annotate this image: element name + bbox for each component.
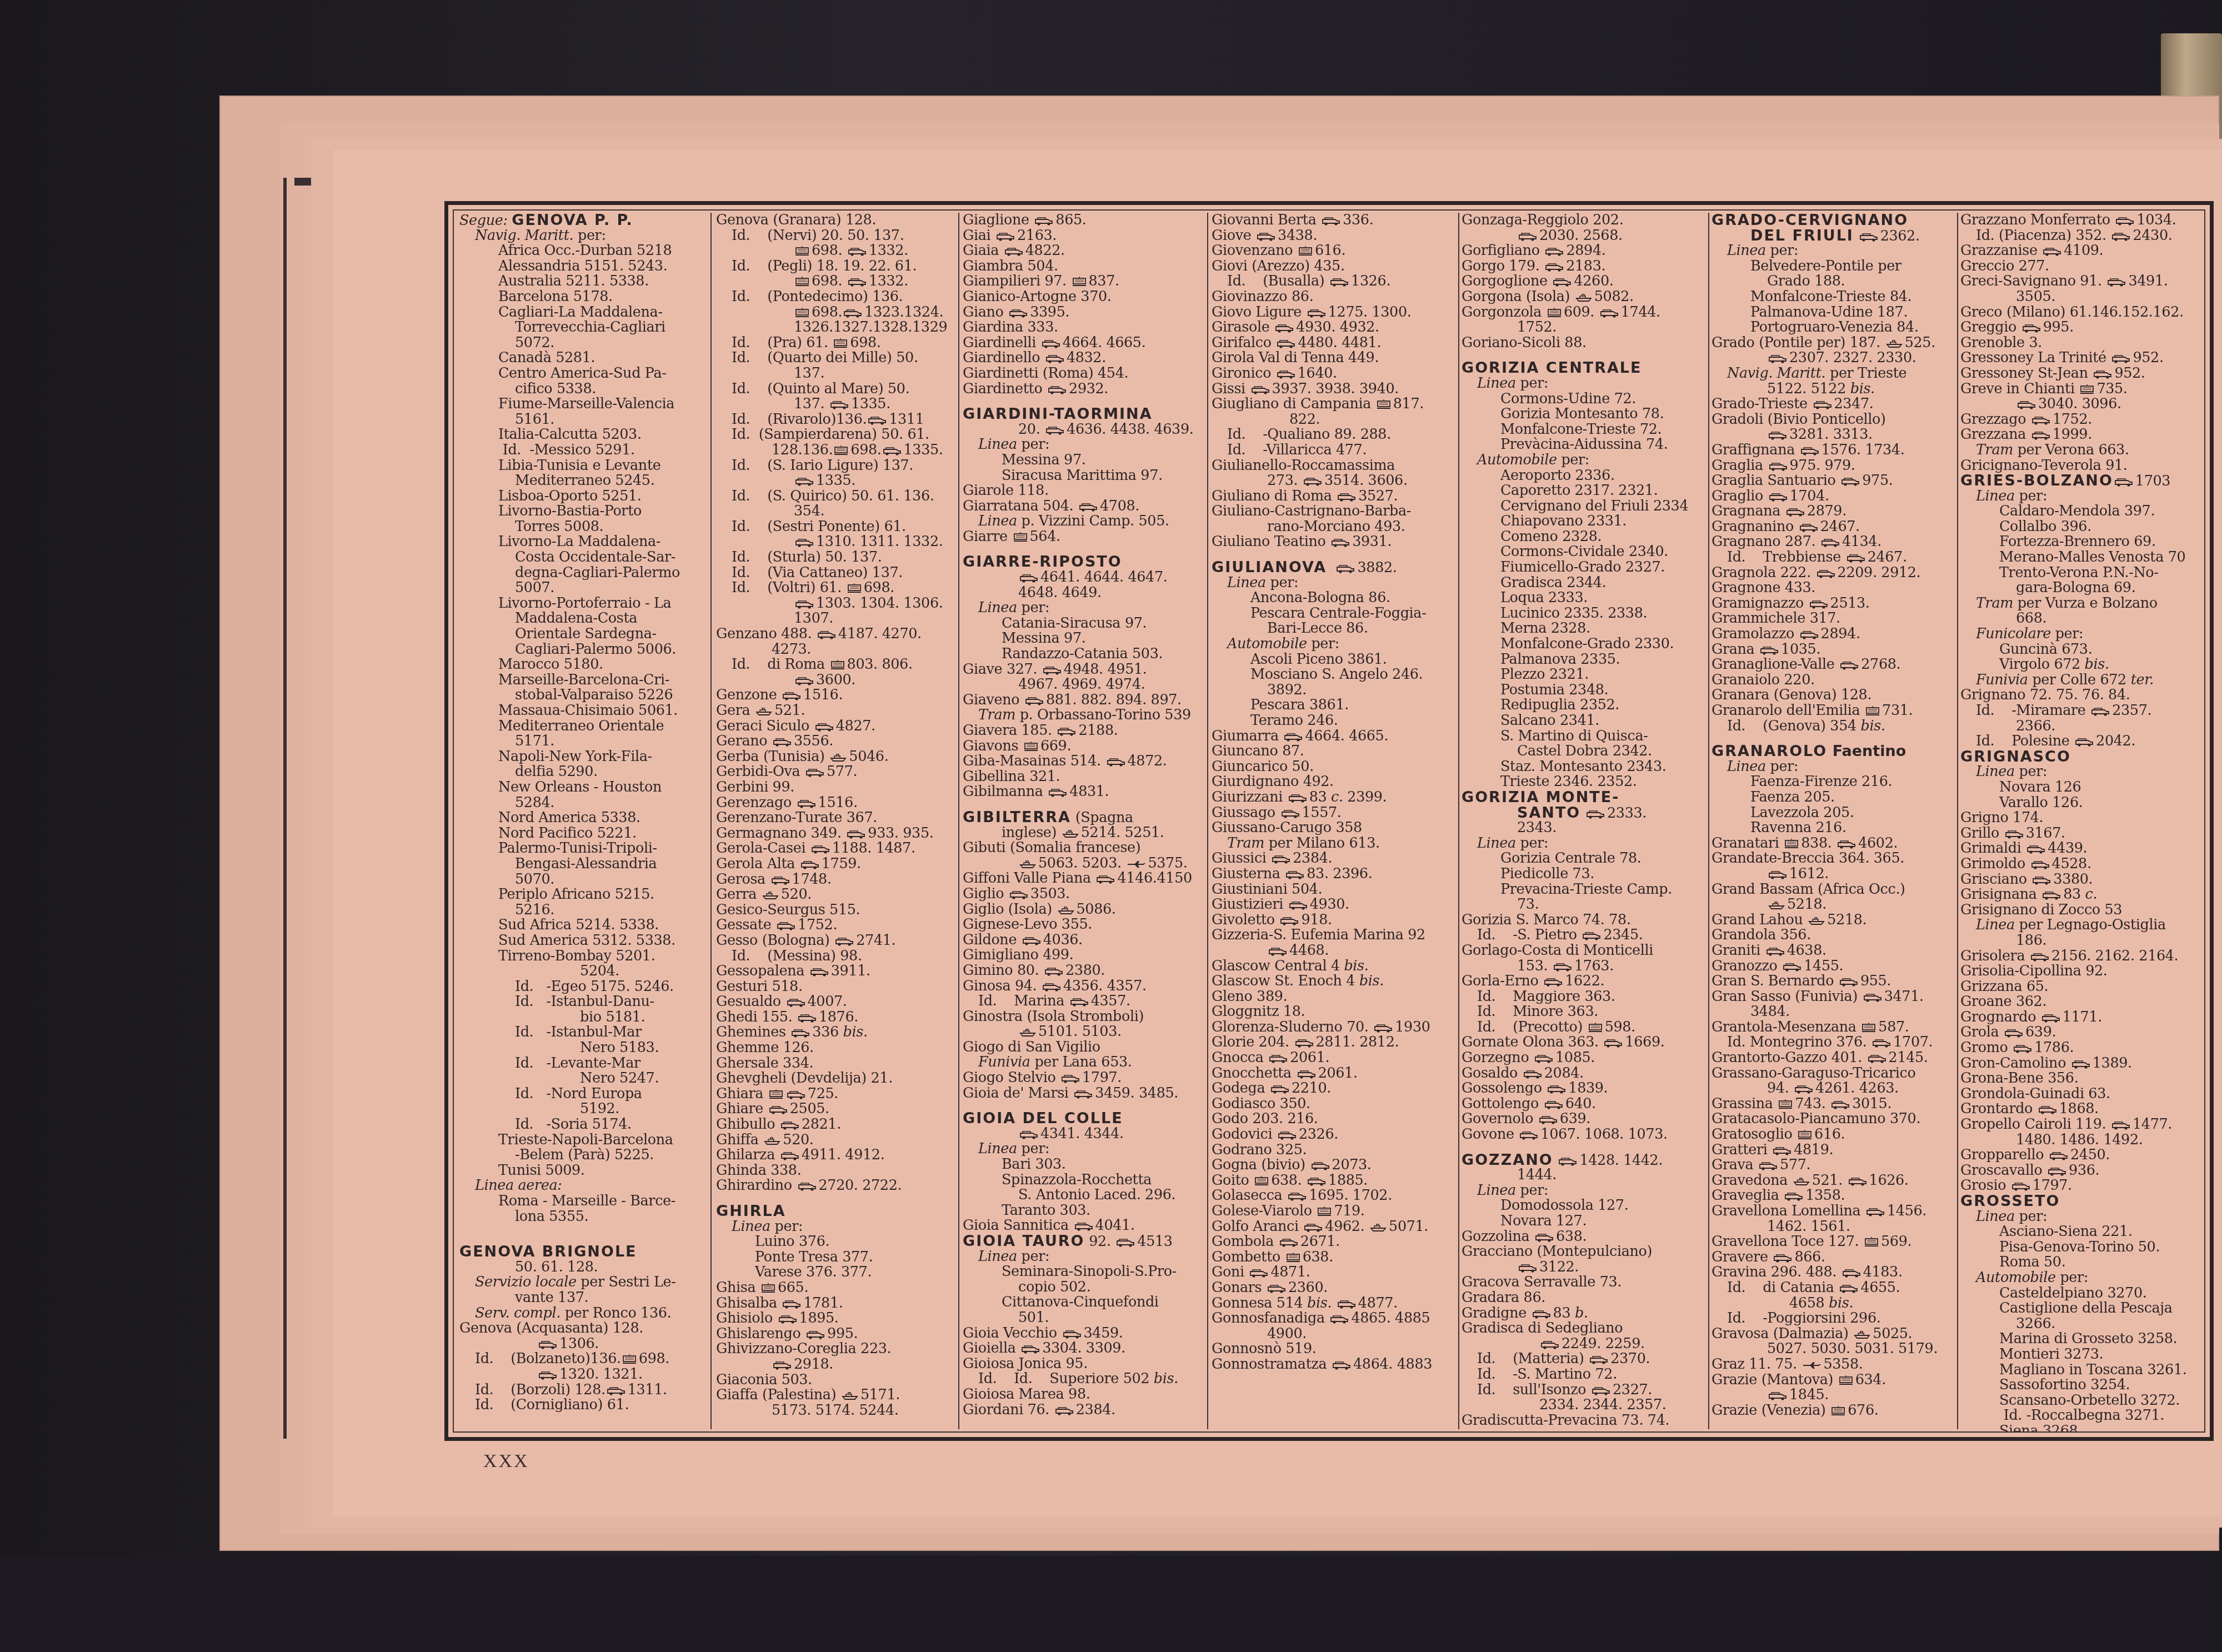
index-entry: 94. 4261. 4263.: [1711, 1081, 1954, 1097]
index-entry: Granatari 838. 4602.: [1711, 836, 1954, 852]
entry-text: 1895.: [799, 1310, 839, 1326]
bus-icon: [2111, 354, 2130, 363]
entry-text: 1930: [1395, 1019, 1430, 1035]
entry-text: 4480. 4481.: [1298, 334, 1381, 351]
entry-text: Luino 376.: [755, 1233, 829, 1250]
entry-text: Monfalcone-Grado 2330.: [1500, 635, 1674, 652]
entry-text: Ravenna 216.: [1750, 819, 1846, 836]
index-entry: Genzano 488. 4187. 4270.: [716, 627, 954, 642]
index-entry: Faenza-Firenze 216.: [1711, 774, 1954, 790]
bus-icon: [2107, 278, 2126, 287]
index-entry: Id. -S. Pietro 2345.: [1462, 928, 1704, 943]
entry-text: Ghisiolo: [716, 1310, 777, 1326]
bus-icon: [1009, 890, 1028, 899]
index-entry: Golfo Aranci 4962. 5071.: [1212, 1219, 1454, 1235]
entry-text: Gioiella: [963, 1340, 1020, 1356]
index-entry: Giumarra 4664. 4665.: [1212, 729, 1454, 744]
entry-text: 2384.: [1076, 1401, 1115, 1418]
index-entry: GIOIA TAURO 92. 4513: [963, 1234, 1202, 1249]
index-entry: Gorzegno 1085.: [1462, 1050, 1704, 1066]
entry-text: Grezzana: [1960, 426, 2030, 443]
bus-icon: [771, 876, 790, 885]
index-entry: Novara 126: [1960, 780, 2205, 795]
tram-icon: [847, 583, 862, 593]
entry-text: Maddalena-Costa: [515, 610, 637, 627]
ship-icon: [1058, 906, 1074, 915]
entry-text: 2030. 2568.: [1539, 227, 1623, 244]
entry-text: Alessandria 5151. 5243.: [498, 258, 667, 274]
entry-text: 525.: [1905, 334, 1935, 351]
index-entry: Ghiare 2505.: [716, 1102, 954, 1117]
index-entry: Castel Dobra 2342.: [1462, 744, 1704, 759]
index-entry: Maddalena-Costa: [459, 611, 704, 627]
index-entry: Grizzana 65.: [1960, 979, 2205, 995]
entry-text: per Colle 672: [2028, 672, 2131, 688]
entry-text: Graveglia: [1711, 1187, 1783, 1204]
index-entry: GIARDINI-TAORMINA: [963, 407, 1202, 422]
index-entry: Bengasi-Alessandria: [459, 857, 704, 872]
index-entry: 2030. 2568.: [1462, 228, 1704, 244]
bus-icon: [787, 1090, 805, 1099]
entry-text: Marina di Grosseto 3258.: [1999, 1330, 2177, 1347]
index-entry: 4900.: [1212, 1326, 1454, 1342]
entry-text: per:: [1766, 242, 1798, 259]
index-entry: Grado 188.: [1711, 274, 1954, 289]
entry-text: Palermo-Tunisi-Tripoli-: [498, 840, 657, 857]
tram-icon: [1861, 1023, 1876, 1033]
entry-text: Gloggnitz 18.: [1212, 1003, 1305, 1020]
station-heading: GOZZANO: [1462, 1152, 1553, 1169]
entry-text: Grillo: [1960, 825, 2004, 842]
index-entry: Funivia per Colle 672 ter.: [1960, 673, 2205, 688]
entry-text: 5171.: [860, 1386, 900, 1403]
index-entry: Gimigliano 499.: [963, 948, 1202, 963]
bus-icon: [1288, 794, 1307, 803]
entry-text: 4872.: [1128, 753, 1167, 769]
index-entry: Gradisca 2344.: [1462, 575, 1704, 591]
index-entry: Giovanni Berta 336.: [1212, 213, 1454, 228]
bus-icon: [538, 1371, 557, 1380]
entry-text: per Trieste: [1825, 365, 1906, 382]
index-entry: 2307. 2327. 2330.: [1711, 351, 1954, 366]
entry-text: Grazie (Venezia): [1711, 1402, 1830, 1419]
index-entry: Id. -Nord Europa: [459, 1087, 704, 1102]
entry-text: 4655.: [1860, 1279, 1900, 1296]
index-entry: Id. Minore 363.: [1462, 1004, 1704, 1020]
index-entry: 5070.: [459, 872, 704, 888]
entry-text: Id. (Bolzaneto)136.: [475, 1350, 621, 1367]
index-entry: Id. di Roma 803. 806.: [716, 657, 954, 673]
index-entry: Giugliano di Campania 817.: [1212, 397, 1454, 412]
index-entry: Id. (Nervi) 20. 50. 137.: [716, 228, 954, 244]
entry-text: Gerba (Tunisia): [716, 748, 829, 765]
index-entry: GIULIANOVA 3882.: [1212, 560, 1454, 575]
entry-text: Gorizia S. Marco 74. 78.: [1462, 912, 1631, 928]
index-entry: Id. (Piacenza) 352. 2430.: [1960, 228, 2205, 244]
index-entry: Gornate Olona 363. 1669.: [1462, 1035, 1704, 1050]
index-entry: Alessandria 5151. 5243.: [459, 259, 704, 274]
spacer: [459, 1224, 704, 1234]
entry-text: Greggio: [1960, 319, 2021, 336]
entry-text: 5204.: [537, 963, 619, 979]
index-entry: Novara 127.: [1462, 1214, 1704, 1229]
entry-text: Gonnesa 514: [1212, 1295, 1307, 1311]
entry-text: Gerosa: [716, 871, 770, 888]
entry-text: Grimaldi: [1960, 840, 2025, 857]
tram-icon: [761, 1283, 775, 1293]
entry-text: 1516.: [803, 687, 843, 703]
index-entry: Governolo 639.: [1462, 1112, 1704, 1127]
entry-italic-label: Automobile: [1477, 452, 1557, 468]
bus-icon: [1270, 1085, 1289, 1094]
tram-icon: [1547, 308, 1562, 318]
entry-text: Giussago: [1212, 804, 1280, 821]
entry-text: 3281. 3313.: [1789, 426, 1873, 443]
bus-icon: [1841, 477, 1860, 486]
entry-text: 501.: [1018, 1309, 1049, 1326]
entry-italic-label: Linea: [1976, 917, 2015, 933]
entry-text: Groane 362.: [1960, 993, 2046, 1010]
index-entry: 1307.: [716, 611, 954, 627]
entry-text: Caporetto 2317. 2321.: [1500, 482, 1658, 499]
index-entry: 5173. 5174. 5244.: [716, 1403, 954, 1419]
entry-text: 2879.: [1807, 503, 1846, 519]
index-entry: 1320. 1321.: [459, 1367, 704, 1383]
entry-text: Marseille-Barcelona-Cri-: [498, 672, 669, 688]
index-entry: Girasole 4930. 4932.: [1212, 320, 1454, 336]
index-entry: Gorla-Erno 1622.: [1462, 974, 1704, 989]
index-entry: Casteldelpiano 3270.: [1960, 1286, 2205, 1301]
entry-text: Giarratana 504.: [963, 498, 1078, 514]
entry-text: gara-Bologna 69.: [2016, 579, 2135, 596]
index-entry: Faenza 205.: [1711, 790, 1954, 805]
index-entry: Collalbo 396.: [1960, 519, 2205, 535]
index-entry: 186.: [1960, 933, 2205, 949]
entry-text: 1576. 1734.: [1821, 442, 1905, 458]
entry-text: 4819.: [1794, 1142, 1833, 1158]
entry-text: 4036.: [1043, 932, 1083, 948]
entry-italic-label: Linea: [1477, 835, 1516, 852]
entry-text: Gropello Cairoli 119.: [1960, 1116, 2110, 1133]
entry-text: 1307.: [794, 610, 833, 627]
entry-text: 2467.: [1868, 549, 1907, 565]
entry-text: Glorenza-Sluderno 70.: [1212, 1019, 1373, 1035]
bus-icon: [2042, 891, 2061, 900]
entry-text: Grava: [1711, 1157, 1758, 1173]
entry-text: per:: [2015, 488, 2047, 504]
entry-text: Gropparello: [1960, 1147, 2048, 1163]
entry-text: Virgolo 672: [1999, 656, 2085, 673]
index-entry: Messina 97.: [963, 631, 1202, 647]
entry-text: Gimigliano 499.: [963, 947, 1073, 963]
entry-text: Goriano-Sicoli 88.: [1462, 334, 1587, 351]
entry-text: Groscavallo: [1960, 1162, 2046, 1179]
bus-icon: [1553, 963, 1572, 972]
index-entry: Gironico 1640.: [1212, 366, 1454, 382]
index-entry: bio 5181.: [459, 1010, 704, 1025]
entry-text: 698.: [812, 273, 847, 289]
entry-italic-label: ter.: [2131, 672, 2154, 688]
index-entry: Id. -Roccalbegna 3271.: [1960, 1408, 2205, 1424]
entry-text: 669.: [1040, 738, 1071, 754]
index-entry: Trieste-Napoli-Barcelona: [459, 1133, 704, 1148]
entry-text: 5071.: [1389, 1218, 1428, 1235]
index-entry: Castiglione della Pescaja: [1960, 1301, 2205, 1316]
index-entry: 5161.: [459, 412, 704, 428]
bus-icon: [2022, 324, 2041, 333]
index-entry: Giussago 1557.: [1212, 805, 1454, 821]
index-entry: Gombetto 638.: [1212, 1250, 1454, 1265]
index-entry: Golasecca 1695. 1702.: [1212, 1188, 1454, 1204]
index-entry: Grezzago 1752.: [1960, 412, 2205, 428]
entry-text: 5218.: [1827, 912, 1866, 928]
bus-icon: [868, 416, 887, 425]
entry-text: Sud Africa 5214. 5338.: [498, 917, 659, 933]
index-entry: Granaglione-Valle 2768.: [1711, 657, 1954, 673]
entry-text: 1358.: [1805, 1187, 1845, 1204]
bus-icon: [1045, 426, 1064, 435]
index-entry: Gramignazzo 2513.: [1711, 596, 1954, 612]
entry-text: 4007.: [808, 993, 847, 1010]
entry-text: Prevàcina-Aidussina 74.: [1500, 436, 1668, 453]
index-entry: Gombola 2671.: [1212, 1234, 1454, 1250]
bus-icon: [806, 1330, 825, 1339]
entry-text: 3937. 3938. 3940.: [1272, 381, 1399, 397]
entry-text: 3122.: [1539, 1259, 1579, 1275]
entry-text: (Spagna: [1071, 809, 1133, 826]
entry-text: 2505.: [790, 1100, 829, 1117]
index-entry: Pisa-Genova-Torino 50.: [1960, 1240, 2205, 1255]
index-entry: Greco (Milano) 61.146.152.162.: [1960, 305, 2205, 321]
entry-text: Girifalco: [1212, 334, 1275, 351]
index-entry: Granozzo 1455.: [1711, 959, 1954, 974]
index-entry: Genova (Acquasanta) 128.: [459, 1321, 704, 1336]
bus-icon: [1786, 508, 1805, 517]
entry-text: Giglio: [963, 885, 1008, 902]
plane-icon: [1127, 860, 1145, 869]
entry-text: 4930. 4932.: [1296, 319, 1379, 336]
entry-text: 1311: [889, 411, 924, 428]
entry-text: 743.: [1795, 1095, 1830, 1112]
index-entry: Serv. compl. per Ronco 136.: [459, 1306, 704, 1321]
index-entry: Linea per:: [1462, 1183, 1704, 1199]
index-entry: Id. -S. Martino 72.: [1462, 1367, 1704, 1383]
bus-icon: [1063, 1330, 1082, 1339]
index-entry: Gioiosa Marea 98.: [963, 1387, 1202, 1403]
index-entry: Tram per Milano 613.: [1212, 836, 1454, 852]
bus-icon: [769, 1105, 788, 1114]
entry-text: Giuncano 87.: [1212, 743, 1304, 759]
entry-text: Glascow St. Enoch 4: [1212, 973, 1359, 989]
entry-text: 5173. 5174. 5244.: [772, 1402, 898, 1419]
index-entry: Gradara 86.: [1462, 1290, 1704, 1306]
index-entry: Ravenna 216.: [1711, 820, 1954, 836]
index-entry: Id. -Qualiano 89. 288.: [1212, 427, 1454, 443]
index-entry: Giussano-Carugo 358: [1212, 820, 1454, 836]
index-entry: 4967. 4969. 4974.: [963, 677, 1202, 693]
entry-text: 975.: [1862, 472, 1893, 489]
bus-icon: [1794, 1085, 1813, 1094]
entry-text: Staz. Montesanto 2343.: [1500, 758, 1666, 775]
bus-icon: [1074, 1090, 1093, 1099]
index-entry: 3484.: [1711, 1004, 1954, 1020]
index-entry: 4648. 4649.: [963, 585, 1202, 601]
entry-text: 354.: [794, 503, 824, 519]
index-entry: Grisignano di Zocco 53: [1960, 903, 2205, 918]
bus-icon: [2115, 217, 2134, 226]
station-heading: GIBILTERRA: [963, 809, 1071, 826]
index-entry: Livorno-Portoferraio - La: [459, 596, 704, 612]
entry-text: 698.: [850, 442, 881, 458]
entry-text: per:: [1307, 635, 1339, 652]
index-entry: Id. Maggiore 363.: [1462, 989, 1704, 1005]
entry-text: Torres 5008.: [515, 518, 603, 535]
entry-text: 5375.: [1148, 855, 1187, 872]
index-entry: Gorgo 179. 2183.: [1462, 259, 1704, 274]
index-entry: GRIES-BOLZANO1703: [1960, 473, 2205, 489]
index-entry: 5101. 5103.: [963, 1024, 1202, 1040]
bus-icon: [1848, 1177, 1867, 1186]
index-entry: Gimino 80. 2380.: [963, 963, 1202, 979]
index-entry: Greccio 277.: [1960, 259, 2205, 274]
index-entry: Gricignano-Teverola 91.: [1960, 458, 2205, 474]
entry-text: 4962.: [1325, 1218, 1369, 1235]
index-entry: Giustiniani 504.: [1212, 882, 1454, 898]
index-entry: Glascow Central 4 bis.: [1212, 959, 1454, 974]
index-entry: New Orleans - Houston: [459, 780, 704, 795]
entry-text: 676.: [1848, 1402, 1878, 1419]
entry-text: 4708.: [1100, 498, 1139, 514]
index-entry: Giaveno 881. 882. 894. 897.: [963, 693, 1202, 708]
entry-text: Mediterraneo 5245.: [515, 472, 654, 489]
page-number: XXX: [483, 1451, 529, 1472]
entry-text: Grenoble 3.: [1960, 334, 2042, 351]
bus-icon: [1769, 462, 1788, 471]
bus-icon: [1042, 339, 1060, 348]
bus-icon: [883, 447, 902, 455]
index-entry: Id. (Quinto al Mare) 50.: [716, 382, 954, 397]
entry-text: 3266.: [2016, 1315, 2055, 1332]
index-entry: Ghemines 336 bis.: [716, 1025, 954, 1040]
index-entry: Godo 203. 216.: [1212, 1112, 1454, 1127]
entry-text: Collalbo 396.: [1999, 518, 2091, 535]
bus-icon: [811, 845, 830, 854]
index-entry: 3600.: [716, 673, 954, 688]
entry-text: Nord America 5338.: [498, 809, 640, 826]
entry-text: Teramo 246.: [1250, 712, 1338, 729]
entry-text: 2061.: [1318, 1065, 1358, 1082]
index-entry: Godiasco 350.: [1212, 1097, 1454, 1112]
column-divider: [710, 213, 712, 1429]
entry-text: Torrevecchia-Cagliari: [515, 319, 665, 336]
entry-text: 725.: [808, 1085, 838, 1102]
index-entry: Giurizzani 83 c. 2399.: [1212, 790, 1454, 805]
bus-icon: [777, 922, 795, 930]
index-entry: Grimaldi 4439.: [1960, 841, 2205, 857]
entry-text: Ghislarengo: [716, 1325, 805, 1342]
entry-text: Giardinello: [963, 349, 1044, 366]
entry-text: Guncinà 673.: [1999, 641, 2092, 658]
index-entry: Bari-Lecce 86.: [1212, 621, 1454, 637]
index-entry: Gioia Sannitica 4041.: [963, 1218, 1202, 1234]
index-entry: Id. sull'Isonzo 2327.: [1462, 1383, 1704, 1398]
entry-text: 1332.: [869, 273, 908, 289]
tram-icon: [2080, 384, 2094, 394]
entry-text: per:: [1017, 1248, 1049, 1265]
entry-text: S. Antonio Laced. 296.: [1018, 1187, 1175, 1203]
entry-text: 587.: [1878, 1019, 1909, 1035]
entry-text: 3304. 3309.: [1042, 1340, 1125, 1356]
entry-italic-label: Linea: [978, 1248, 1017, 1265]
column-divider: [1708, 213, 1709, 1429]
entry-text: Cormons-Udine 72.: [1500, 391, 1636, 407]
index-entry: 1462. 1561.: [1711, 1219, 1954, 1235]
index-entry: Caldaro-Mendola 397.: [1960, 504, 2205, 519]
entry-text: 3527.: [1358, 488, 1398, 504]
entry-text: Giuliano di Roma: [1212, 488, 1336, 504]
bus-icon: [1545, 247, 1564, 256]
index-entry: Linea p. Vizzini Camp. 505.: [963, 514, 1202, 529]
index-entry: gara-Bologna 69.: [1960, 580, 2205, 596]
entry-text: 3882.: [1357, 559, 1397, 576]
entry-text: Gioiosa Jonica 95.: [963, 1355, 1088, 1372]
index-entry: Id. -Messico 5291.: [459, 443, 704, 458]
index-entry: Giano 3395.: [963, 305, 1202, 321]
bus-icon: [1773, 1254, 1792, 1263]
index-entry: Giaglione 865.: [963, 213, 1202, 228]
entry-text: Grand Bassam (Africa Occ.): [1711, 881, 1905, 898]
index-entry: Automobile per:: [1960, 1270, 2205, 1286]
index-entry: Aeroporto 2336.: [1462, 468, 1704, 484]
index-entry: Gerosa 1748.: [716, 872, 954, 888]
entry-text: 4831.: [1069, 783, 1109, 800]
index-entry: Fiume-Marseille-Valencia: [459, 397, 704, 412]
index-entry: 4468.: [1212, 943, 1454, 959]
bus-icon: [2048, 1167, 2066, 1176]
index-entry: 5284.: [459, 795, 704, 811]
index-entry: 5216.: [459, 903, 704, 918]
entry-text: Gera: [716, 702, 754, 719]
bus-icon: [791, 1029, 810, 1038]
index-entry: Gottolengo 640.: [1462, 1097, 1704, 1112]
bus-icon: [1267, 1284, 1286, 1293]
entry-text: Graglia Santuario: [1711, 472, 1840, 489]
index-entry: Catania-Siracusa 97.: [963, 616, 1202, 632]
ship-icon: [842, 1391, 858, 1400]
entry-text: Geraci Siculo: [716, 718, 814, 734]
index-entry: Monfalcone-Trieste 72.: [1462, 422, 1704, 438]
index-entry: 1480. 1486. 1492.: [1960, 1133, 2205, 1148]
index-entry: GRADO-CERVIGNANO: [1711, 213, 1954, 228]
entry-text: Gottolengo: [1462, 1095, 1543, 1112]
entry-text: Granarolo dell'Emilia: [1711, 702, 1864, 719]
entry-text: Gerbini 99.: [716, 779, 794, 795]
index-entry: Id. Id. Superiore 502 bis.: [963, 1371, 1202, 1387]
index-entry: Gragnone 433.: [1711, 580, 1954, 596]
entry-text: 598.: [1605, 1019, 1635, 1035]
bus-icon: [1558, 1157, 1577, 1166]
entry-text: Grontardo: [1960, 1100, 2037, 1117]
entry-text: 837.: [1089, 273, 1119, 289]
bus-icon: [1799, 523, 1818, 532]
index-entry: Id. -Miramare 2357.: [1960, 703, 2205, 719]
entry-text: Grimoldo: [1960, 855, 2030, 872]
entry-text: Ghilarza: [716, 1147, 779, 1163]
bus-icon: [1061, 1074, 1080, 1083]
index-entry: Grenoble 3.: [1960, 336, 2205, 351]
bus-icon: [1337, 1300, 1356, 1309]
entry-text: Gioia Vecchio: [963, 1325, 1062, 1341]
